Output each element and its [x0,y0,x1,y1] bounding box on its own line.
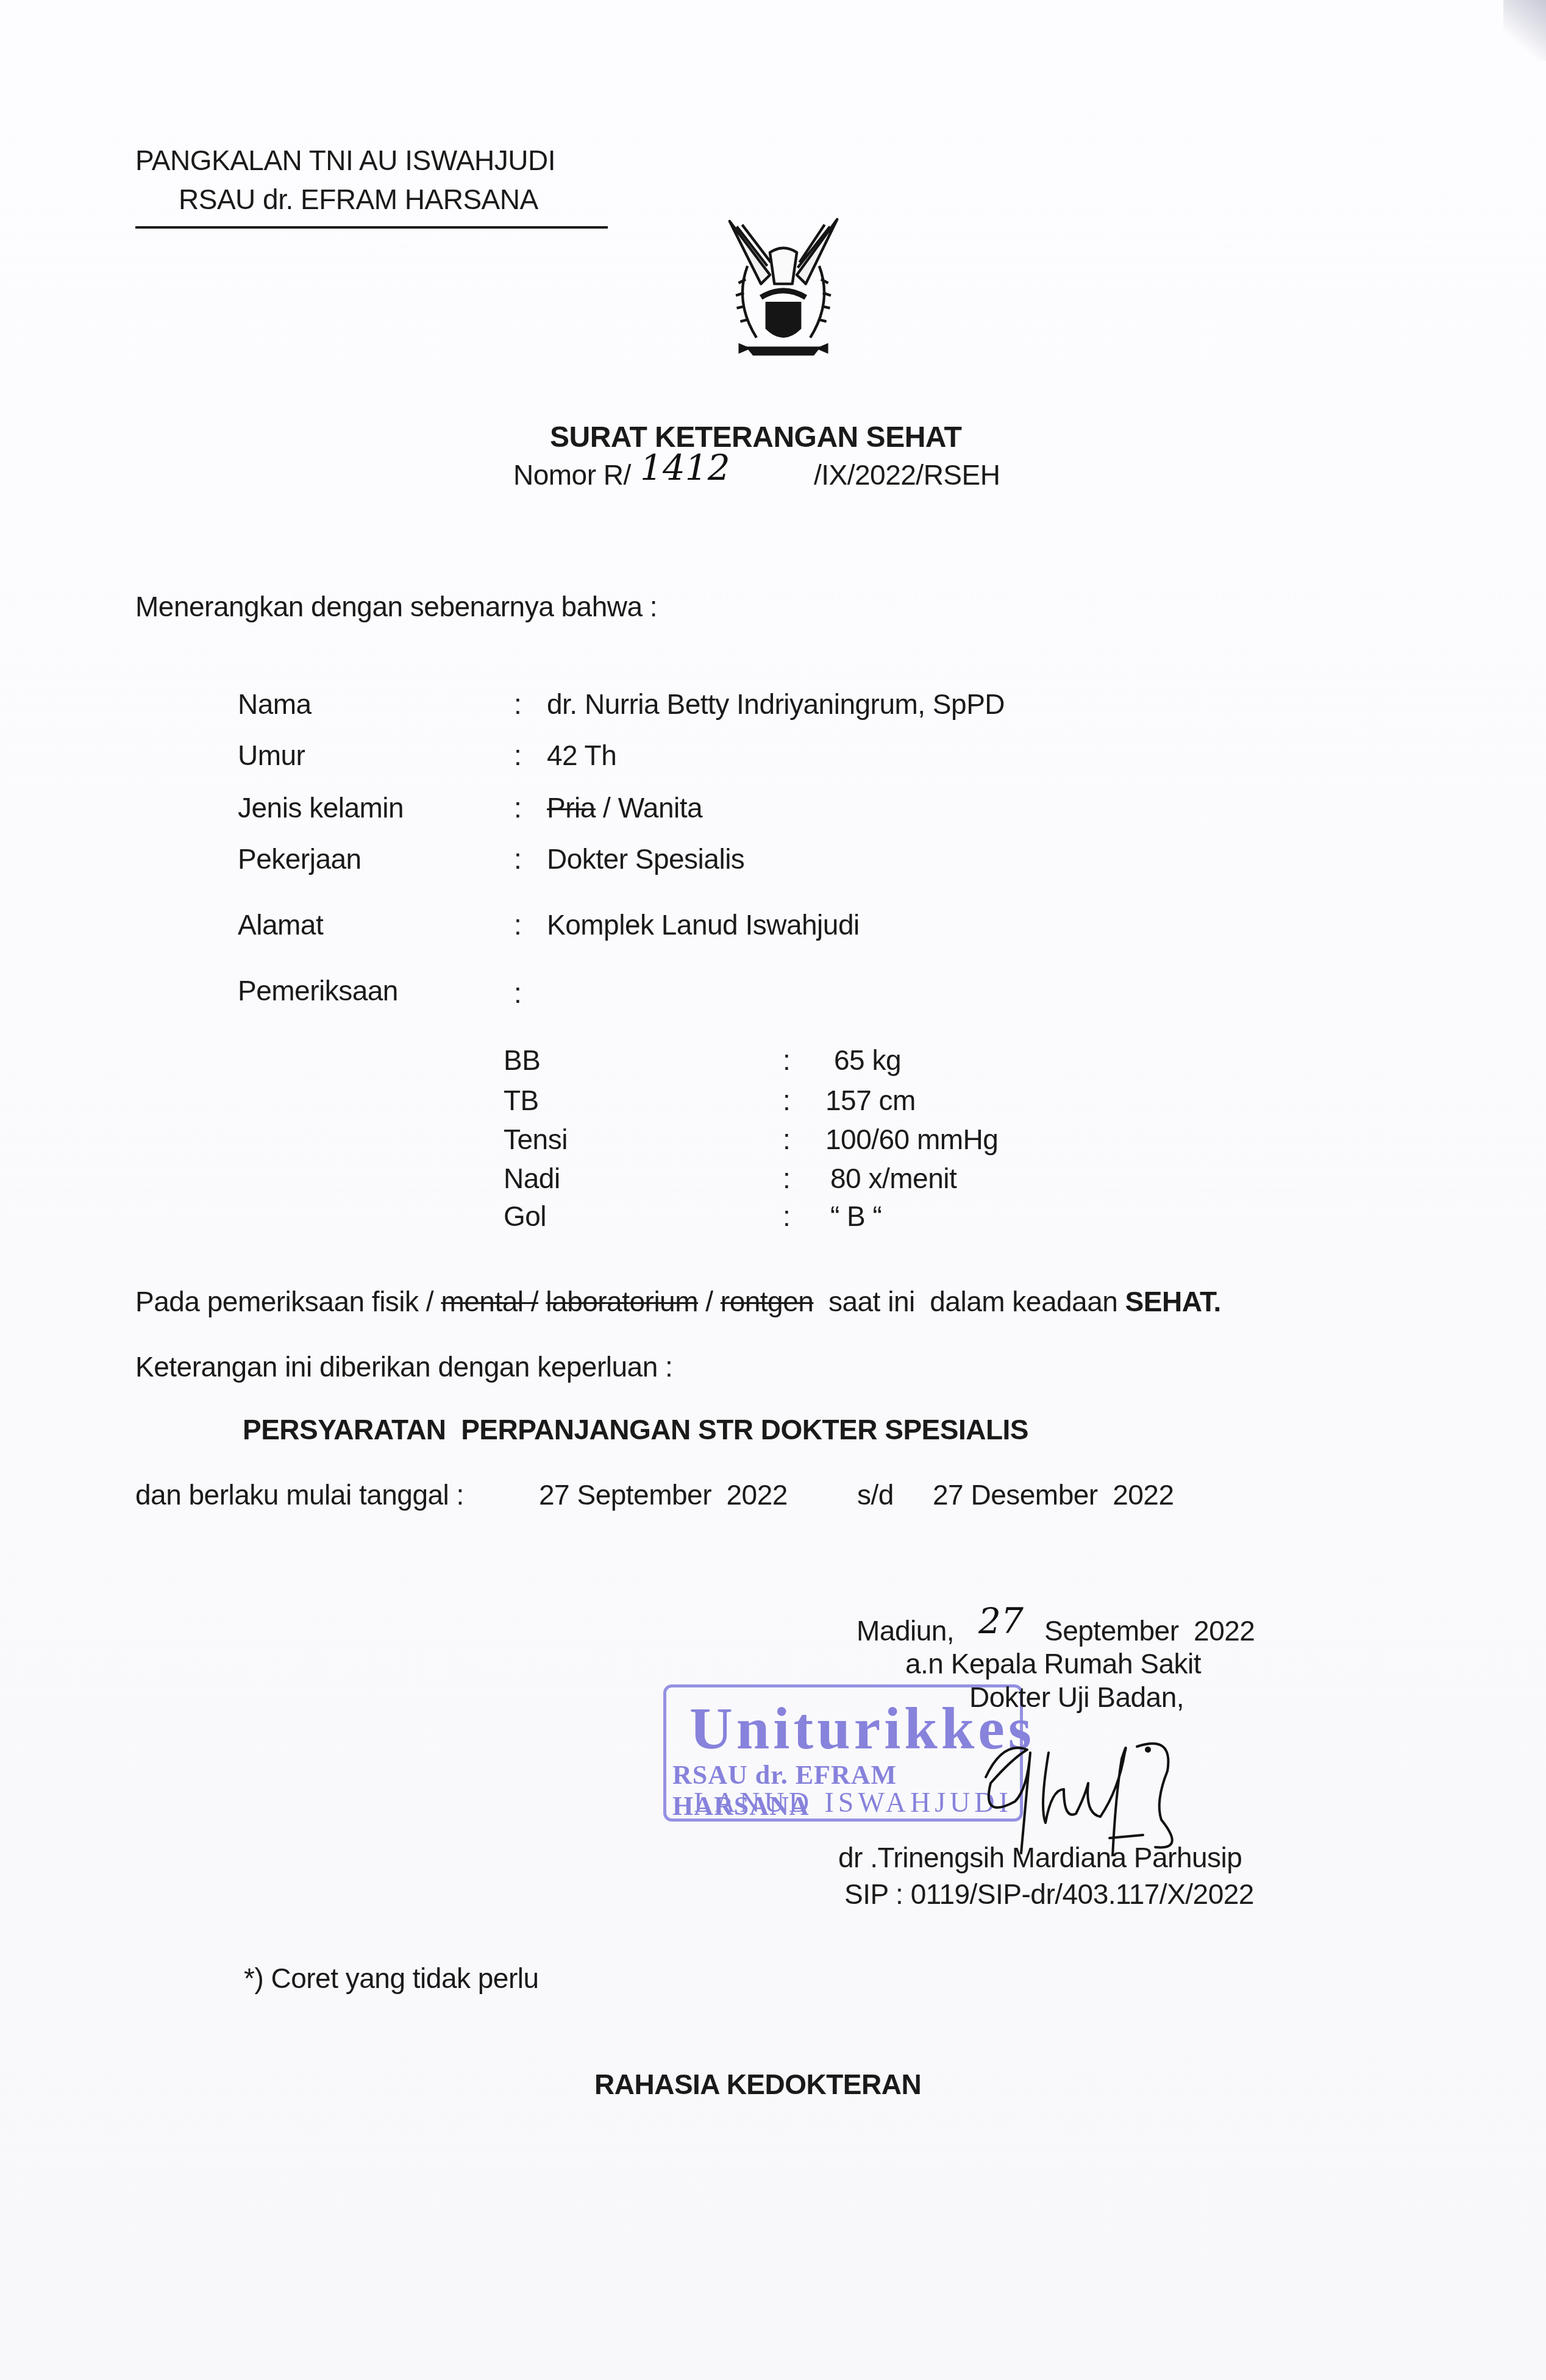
struck-mental: mental / [441,1286,538,1317]
footnote: *) Coret yang tidak perlu [244,1962,539,1995]
exam-value-tensi: 100/60 mmHg [825,1123,998,1156]
exam-value-nadi: 80 x/menit [830,1162,956,1195]
stamp-line-3: LANUD ISWAHJUDI [694,1786,1013,1819]
exam-label-nadi: Nadi [504,1162,560,1195]
sign-place: Madiun, [857,1614,954,1647]
signer-license: SIP : 0119/SIP-dr/403.117/X/2022 [844,1878,1254,1911]
letterhead-divider [135,226,608,229]
exam-colon: : [783,1044,790,1077]
field-value-address: Komplek Lanud Iswahjudi [547,908,860,941]
exam-label-bb: BB [504,1044,540,1077]
field-colon: : [514,791,521,824]
document-page: PANGKALAN TNI AU ISWAHJUDI RSAU dr. EFRA… [0,0,1546,2380]
exam-label-tb: TB [504,1084,539,1117]
exam-colon: : [783,1162,790,1195]
handwritten-signature [978,1716,1186,1856]
field-value-gender: Pria / Wanita [547,791,702,824]
exam-value-bb: 65 kg [834,1044,901,1077]
validity-from: 27 September 2022 [539,1478,788,1511]
separator [538,1286,546,1317]
sign-month-year: September 2022 [1044,1614,1255,1647]
institution-line-1: PANGKALAN TNI AU ISWAHJUDI [135,144,555,177]
exam-colon: : [783,1200,790,1233]
purpose-intro: Keterangan ini diberikan dengan keperlua… [135,1350,672,1383]
purpose-text: PERSYARATAN PERPANJANGAN STR DOKTER SPES… [243,1413,1028,1446]
sign-day-handwritten: 27 [978,1600,1024,1642]
exam-colon: : [783,1123,790,1156]
field-value-age: 42 Th [547,739,616,772]
field-value-occupation: Dokter Spesialis [547,843,744,875]
field-label: Nama [238,688,312,721]
field-colon: : [514,977,521,1010]
institution-line-2: RSAU dr. EFRAM HARSANA [179,183,538,216]
document-number-handwritten: 1412 [640,447,730,488]
separator: / [698,1286,721,1317]
exam-colon: : [783,1084,790,1117]
document-title: SURAT KETERANGAN SEHAT [550,421,961,454]
validity-separator: s/d [857,1478,894,1511]
field-label: Pekerjaan [238,843,362,875]
scan-corner-fold [1503,0,1546,61]
document-number-suffix: /IX/2022/RSEH [814,458,1000,491]
field-colon: : [514,688,521,721]
field-colon: : [514,908,521,941]
sign-role: Dokter Uji Badan, [969,1681,1184,1714]
field-colon: : [514,843,521,875]
signer-name: dr .Trinengsih Mardiana Parhusip [838,1841,1242,1874]
air-force-emblem-icon [719,212,847,365]
confidential-label: RAHASIA KEDOKTERAN [594,2068,921,2101]
sign-on-behalf: a.n Kepala Rumah Sakit [905,1647,1201,1680]
field-label: Alamat [238,908,323,941]
field-label: Pemeriksaan [238,974,398,1007]
exam-label-gol: Gol [504,1200,546,1233]
document-number-prefix: Nomor R/ [513,458,631,491]
exam-value-gol: “ B “ [830,1200,882,1233]
selected-option: / Wanita [596,792,702,824]
field-label: Jenis kelamin [238,791,404,824]
struck-option: Pria [547,792,596,824]
health-status: SEHAT. [1125,1286,1221,1317]
validity-to: 27 Desember 2022 [933,1478,1174,1511]
exam-value-tb: 157 cm [825,1084,916,1117]
struck-laboratorium: laboratorium [546,1286,698,1317]
validity-label: dan berlaku mulai tanggal : [135,1478,464,1511]
result-prefix: Pada pemeriksaan fisik / [135,1286,441,1317]
intro-text: Menerangkan dengan sebenarnya bahwa : [135,590,657,623]
field-value-name: dr. Nurria Betty Indriyaningrum, SpPD [547,688,1005,721]
result-middle: saat ini dalam keadaan [813,1286,1125,1317]
exam-label-tensi: Tensi [504,1123,568,1156]
result-statement: Pada pemeriksaan fisik / mental / labora… [135,1285,1221,1318]
field-colon: : [514,739,521,772]
struck-rontgen: rontgen [721,1286,814,1317]
field-label: Umur [238,739,305,772]
